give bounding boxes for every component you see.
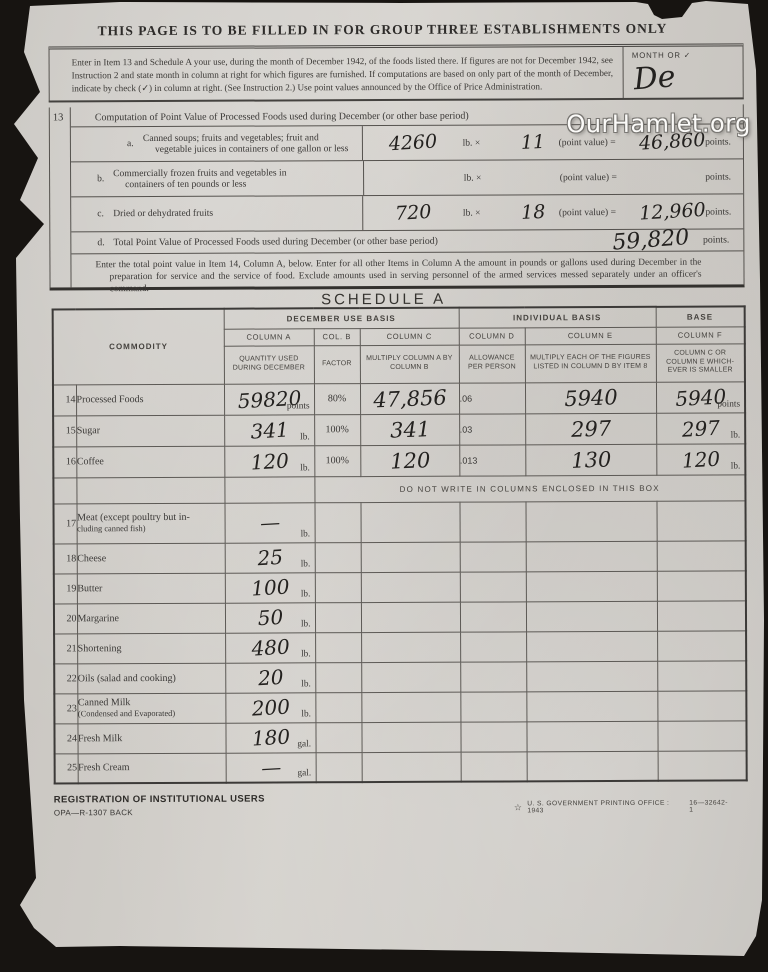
row-number: 20 (54, 603, 77, 633)
table-row: 19 Butter 100lb. (54, 570, 746, 603)
commodity-header: COMMODITY (53, 309, 224, 385)
commodity-label: Meat (except poultry but in-cluding cann… (76, 503, 224, 544)
commodity-name: Cheese (77, 553, 106, 564)
row-number: 24 (54, 723, 77, 753)
commodity-name: Butter (77, 583, 102, 594)
lb-times-label: lb. × (463, 137, 507, 148)
column-b-name: COL. B (314, 328, 360, 345)
commodity-name: Processed Foods (77, 394, 144, 405)
quantity-cell[interactable]: 480lb. (225, 632, 315, 662)
empty-cell (361, 722, 460, 752)
quantity-field[interactable]: 720 (362, 199, 463, 227)
item-letter: a. (127, 138, 143, 150)
column-d-description: ALLOWANCE PER PERSON (459, 344, 525, 382)
empty-cell (361, 602, 460, 632)
quantity-field[interactable]: 4260 (362, 129, 463, 157)
column-c-cell[interactable]: 120 (360, 445, 459, 476)
unit-label: lb. (300, 432, 310, 442)
empty-cell (315, 542, 361, 572)
empty-cell (526, 691, 657, 722)
do-not-write-notice: DO NOT WRITE IN COLUMNS ENCLOSED IN THIS… (314, 474, 745, 502)
item-letter: c. (97, 208, 113, 220)
unit-label: points (287, 401, 310, 411)
page-title: THIS PAGE IS TO BE FILLED IN FOR GROUP T… (0, 20, 766, 39)
commodity-name: Sugar (77, 425, 100, 436)
commodity-label: Shortening (77, 633, 225, 664)
empty-cell (527, 751, 658, 782)
points-label: points. (705, 206, 743, 217)
empty-cell (362, 752, 461, 782)
item-13d-total-row: d. Total Point Value of Processed Foods … (71, 229, 743, 254)
empty-cell (360, 502, 459, 542)
footer-right: ☆ U. S. GOVERNMENT PRINTING OFFICE : 194… (514, 799, 729, 814)
commodity-name: Fresh Cream (78, 762, 129, 773)
schedule-a-table: COMMODITY DECEMBER USE BASIS INDIVIDUAL … (52, 305, 748, 784)
column-e-value[interactable]: 130 (525, 444, 656, 475)
commodity-name-line2: cluding canned fish) (77, 523, 224, 535)
empty-cell (361, 542, 460, 572)
column-a-description: QUANTITY USED DURING DECEMBER (224, 345, 314, 383)
commodity-label: Processed Foods (76, 384, 224, 416)
row-number: 21 (54, 633, 77, 663)
point-factor-field[interactable]: 18 (506, 200, 559, 224)
empty-cell (361, 692, 460, 722)
empty-cell (460, 631, 526, 661)
column-c-value[interactable]: 341 (360, 414, 459, 444)
commodity-name: Oils (salad and cooking) (78, 672, 176, 683)
empty-cell (53, 477, 76, 503)
points-label: points. (703, 234, 743, 245)
commodity-label: Fresh Milk (77, 723, 225, 754)
empty-cell (361, 572, 460, 602)
row-number: 16 (53, 446, 76, 477)
commodity-label: Margarine (77, 603, 225, 634)
empty-cell (526, 601, 657, 632)
total-label: Total Point Value of Processed Foods use… (113, 236, 438, 248)
item-13b-row: b. Commercially frozen fruits and vegeta… (71, 159, 743, 197)
allowance-cell: .013 (459, 444, 525, 475)
item-description-lines: Canned soups; fruits and vegetables; fru… (143, 132, 349, 156)
empty-cell (461, 751, 527, 781)
table-row: 20 Margarine 50lb. (54, 600, 746, 633)
lb-times-label: lb. × (463, 207, 507, 218)
empty-cell (526, 571, 657, 602)
column-a-name: COLUMN A (224, 328, 314, 345)
unit-label: lb. (301, 589, 311, 599)
do-not-write-band: DO NOT WRITE IN COLUMNS ENCLOSED IN THIS… (53, 474, 745, 503)
paper-sheet: OurHamlet.org THIS PAGE IS TO BE FILLED … (0, 0, 768, 972)
quantity-cell[interactable]: 200lb. (225, 692, 315, 722)
empty-cell (460, 501, 526, 541)
factor-cell: 80% (314, 383, 360, 414)
item-description-lines: Dried or dehydrated fruits (113, 208, 213, 220)
column-c-cell[interactable]: 341 (360, 414, 459, 445)
commodity-label: Cheese (77, 543, 225, 574)
table-row: 21 Shortening 480lb. (54, 630, 746, 663)
watermark: OurHamlet.org (566, 109, 751, 138)
empty-cell (315, 662, 361, 692)
points-label: points. (705, 136, 743, 147)
commodity-name-line2: (Condensed and Evaporated) (78, 708, 225, 720)
scan-background: OurHamlet.org THIS PAGE IS TO BE FILLED … (0, 0, 768, 972)
commodity-label: Oils (salad and cooking) (77, 663, 225, 694)
base-header: BASE (656, 306, 745, 326)
unit-label: lb. (301, 709, 311, 719)
table-row: 17 Meat (except poultry but in-cluding c… (53, 500, 745, 543)
empty-cell (526, 631, 657, 662)
unit-label: lb. (300, 463, 310, 473)
table-row: 22 Oils (salad and cooking) 20lb. (54, 660, 746, 693)
empty-cell (315, 572, 361, 602)
lb-times-label: lb. × (464, 172, 508, 183)
month-field-label: MONTH OR ✓ (624, 46, 743, 60)
row-number: 14 (53, 384, 76, 415)
column-e-description: MULTIPLY EACH OF THE FIGURES LISTED IN C… (525, 344, 656, 383)
month-field[interactable]: MONTH OR ✓ De (623, 46, 743, 98)
empty-cell (658, 750, 747, 780)
quantity-cell[interactable]: 59820points (224, 383, 314, 414)
item-13-number: 13 (53, 112, 64, 123)
column-e-name: COLUMN E (525, 327, 656, 345)
unit-label: points (717, 399, 740, 409)
empty-cell (460, 541, 526, 571)
column-c-value[interactable]: 47,856 (360, 383, 459, 413)
quantity-cell[interactable]: 20lb. (225, 662, 315, 692)
unit-label: lb. (301, 679, 311, 689)
item-13a-description: a. Canned soups; fruits and vegetables; … (71, 126, 362, 161)
description-line-2: vegetable juices in containers of one ga… (155, 143, 348, 155)
row-number: 18 (54, 543, 77, 573)
column-e-cell[interactable]: 5940 (525, 382, 656, 414)
allowance-cell: .03 (459, 413, 525, 444)
description-line-1: Commercially frozen fruits and vegetable… (113, 167, 286, 179)
quantity-cell[interactable]: 341lb. (224, 414, 314, 445)
item-letter: d. (97, 237, 113, 248)
column-c-value[interactable]: 120 (360, 445, 459, 475)
printing-office-text: U. S. GOVERNMENT PRINTING OFFICE : 1943 (527, 800, 676, 815)
header-box: Enter in Item 13 and Schedule A your use… (49, 43, 744, 102)
unit-label: lb. (301, 649, 311, 659)
table-row: 14 Processed Foods 59820points 80% 47,85… (53, 381, 745, 415)
column-c-cell[interactable]: 47,856 (360, 383, 459, 414)
commodity-name: Canned Milk (78, 697, 131, 708)
item-13c-description: c. Dried or dehydrated fruits (71, 196, 362, 231)
empty-cell (76, 477, 224, 504)
commodity-name: Coffee (77, 456, 104, 467)
item-description-lines: Commercially frozen fruits and vegetable… (113, 167, 287, 191)
column-d-name: COLUMN D (459, 327, 525, 344)
column-e-value[interactable]: 5940 (525, 382, 656, 413)
empty-cell (460, 721, 526, 751)
empty-cell (315, 602, 361, 632)
quantity-cell[interactable]: 180gal. (225, 722, 315, 752)
column-c-name: COLUMN C (360, 328, 459, 345)
allowance-cell: .06 (459, 382, 525, 413)
factor-cell: 100% (314, 414, 360, 445)
item-13b-values: lb. × (point value) = points. (363, 159, 743, 195)
commodity-label: Sugar (76, 415, 224, 447)
quantity-cell[interactable]: 100lb. (225, 572, 315, 602)
commodity-label: Butter (77, 573, 225, 604)
footer-left: REGISTRATION OF INSTITUTIONAL USERS OPA—… (54, 794, 265, 818)
empty-cell (526, 721, 657, 752)
column-f-name: COLUMN F (656, 326, 745, 343)
empty-cell (460, 661, 526, 691)
row-number: 17 (53, 503, 76, 543)
unit-label: gal. (297, 768, 311, 778)
row-number: 25 (55, 753, 78, 783)
empty-cell (224, 476, 314, 502)
empty-cell (657, 630, 746, 660)
table-row: 18 Cheese 25lb. (54, 540, 746, 573)
unit-label: lb. (301, 559, 311, 569)
description-line-1: Canned soups; fruits and vegetables; fru… (143, 132, 319, 144)
empty-cell (657, 600, 746, 630)
quantity-cell[interactable]: 50lb. (225, 602, 315, 632)
row-number: 19 (54, 573, 77, 603)
quantity-cell[interactable]: —lb. (224, 502, 314, 542)
point-total-field[interactable]: 12,960 (638, 199, 706, 225)
commodity-name: Shortening (78, 643, 122, 654)
description-line-2: containers of ten pounds or less (125, 178, 286, 190)
column-e-cell[interactable]: 297 (525, 413, 656, 445)
point-total-field[interactable] (640, 175, 705, 179)
empty-cell (657, 540, 746, 570)
empty-cell (460, 571, 526, 601)
unit-label: lb. (301, 619, 311, 629)
empty-cell (315, 692, 361, 722)
commodity-name: Margarine (77, 613, 119, 624)
december-use-basis-header: DECEMBER USE BASIS (224, 308, 459, 329)
base-cell[interactable]: 5940points (656, 381, 745, 412)
quantity-cell[interactable]: 25lb. (225, 542, 315, 572)
empty-cell (526, 501, 657, 542)
commodity-name: Fresh Milk (78, 733, 122, 744)
instructions-text: Enter in Item 13 and Schedule A your use… (50, 47, 624, 101)
row-number: 15 (53, 415, 76, 446)
unit-label: lb. (301, 529, 311, 539)
quantity-cell[interactable]: 120lb. (224, 445, 314, 476)
row-number: 22 (54, 663, 77, 693)
point-value-label: (point value) = (560, 171, 640, 182)
item-13b-description: b. Commercially frozen fruits and vegeta… (71, 161, 363, 196)
edition-number: 16—32642-1 (689, 799, 729, 813)
empty-cell (315, 632, 361, 662)
empty-cell (361, 662, 460, 692)
empty-cell (657, 720, 746, 750)
column-b-description: FACTOR (314, 345, 360, 383)
empty-cell (526, 661, 657, 692)
quantity-field[interactable] (364, 175, 464, 181)
factor-cell: 100% (314, 445, 360, 476)
unit-label: gal. (297, 739, 311, 749)
empty-cell (315, 722, 361, 752)
description-line-1: Dried or dehydrated fruits (113, 208, 213, 219)
point-factor-field[interactable] (508, 176, 560, 178)
base-cell[interactable]: 120lb. (656, 443, 745, 474)
table-row: 23 Canned Milk(Condensed and Evaporated)… (54, 690, 746, 723)
table-row: 15 Sugar 341lb. 100% 341 .03 297 297lb. (53, 412, 745, 446)
unit-label: lb. (731, 430, 741, 440)
empty-cell (460, 601, 526, 631)
commodity-label: Canned Milk(Condensed and Evaporated) (77, 693, 225, 724)
empty-cell (460, 691, 526, 721)
column-c-description: MULTIPLY COLUMN A BY COLUMN B (360, 345, 459, 383)
empty-cell (657, 500, 746, 540)
empty-cell (361, 632, 460, 662)
column-e-cell[interactable]: 130 (525, 444, 656, 476)
base-cell[interactable]: 297lb. (656, 412, 745, 443)
empty-cell (657, 690, 746, 720)
unit-label: lb. (731, 461, 741, 471)
point-factor-field[interactable]: 11 (506, 130, 559, 154)
empty-cell (657, 660, 746, 690)
individual-basis-header: INDIVIDUAL BASIS (459, 307, 656, 328)
commodity-name: Meat (except poultry but in- (77, 512, 190, 523)
empty-cell (526, 541, 657, 572)
empty-cell (314, 502, 360, 542)
point-value-label: (point value) = (559, 206, 639, 217)
table-row: 16 Coffee 120lb. 100% 120 .013 130 120lb… (53, 443, 745, 477)
empty-cell (657, 570, 746, 600)
form-content: OurHamlet.org THIS PAGE IS TO BE FILLED … (0, 0, 768, 972)
row-number: 23 (54, 693, 77, 723)
table-row: 25 Fresh Cream —gal. (55, 750, 747, 783)
table-row: 24 Fresh Milk 180gal. (54, 720, 746, 753)
star-icon: ☆ (514, 802, 523, 813)
item-letter: b. (97, 173, 113, 185)
footer-title: REGISTRATION OF INSTITUTIONAL USERS (54, 794, 265, 806)
column-e-value[interactable]: 297 (525, 413, 656, 444)
commodity-label: Fresh Cream (78, 753, 226, 784)
column-f-description: COLUMN C OR COLUMN E WHICH- EVER IS SMAL… (656, 343, 745, 381)
commodity-label: Coffee (76, 446, 224, 478)
empty-cell (316, 752, 362, 782)
month-value[interactable]: De (633, 59, 677, 97)
item-13c-row: c. Dried or dehydrated fruits 720 lb. × … (71, 194, 743, 232)
points-label: points. (705, 171, 743, 182)
quantity-cell[interactable]: —gal. (226, 752, 316, 782)
form-number: OPA—R-1307 BACK (54, 808, 265, 818)
